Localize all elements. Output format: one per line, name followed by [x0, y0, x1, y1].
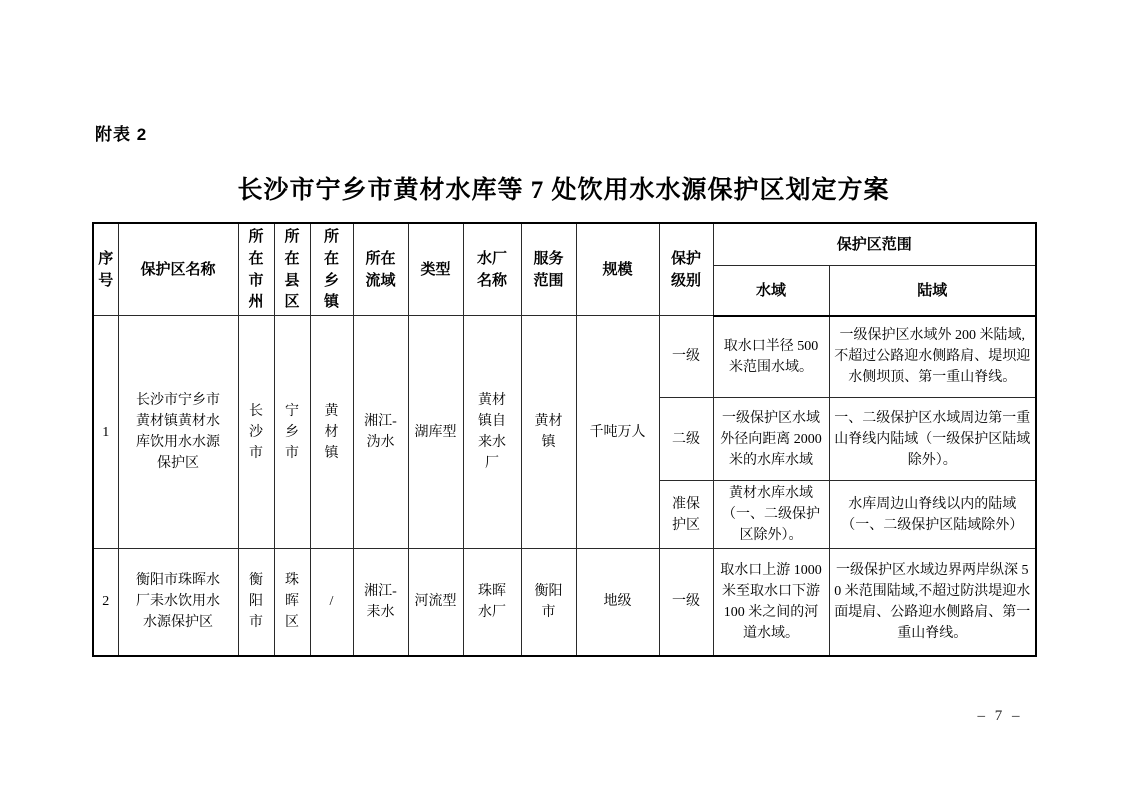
header-land: 陆域 [829, 266, 1036, 316]
water-range-text: 黄材水库水域（一、二级保护区除外）。 [718, 483, 825, 546]
header-seq-label: 序号 [96, 248, 115, 292]
level-value: 二级 [670, 429, 703, 450]
header-service-label: 服务范围 [531, 248, 566, 292]
cell-water: 取水口上游 1000 米至取水口下游 100 米之间的河道水域。 [713, 549, 829, 656]
water-range-text: 取水口上游 1000 米至取水口下游 100 米之间的河道水域。 [718, 560, 825, 644]
city-value: 衡阳市 [247, 570, 265, 633]
cell-basin: 湘江-耒水 [353, 549, 408, 656]
protection-area-name: 长沙市宁乡市黄材镇黄材水库饮用水水源保护区 [134, 390, 222, 474]
cell-land: 一级保护区水域边界两岸纵深 50 米范围陆域,不超过防洪堤迎水面堤肩、公路迎水侧… [829, 549, 1036, 656]
cell-water: 一级保护区水域外径向距离 2000 米的水库水域 [713, 398, 829, 481]
header-plant: 水厂名称 [463, 223, 521, 316]
town-value: / [323, 591, 341, 612]
service-value: 衡阳市 [532, 581, 565, 623]
cell-name: 长沙市宁乡市黄材镇黄材水库饮用水水源保护区 [118, 316, 238, 549]
cell-county: 宁乡市 [274, 316, 310, 549]
cell-town: 黄材镇 [310, 316, 353, 549]
header-county: 所在县区 [274, 223, 310, 316]
cell-level: 准保护区 [659, 481, 713, 549]
plant-value: 珠晖水厂 [476, 581, 509, 623]
header-land-label: 陆域 [917, 282, 947, 299]
header-range: 保护区范围 [713, 223, 1036, 266]
service-value: 黄材镇 [532, 411, 565, 453]
cell-land: 水库周边山脊线以内的陆域（一、二级保护区陆域除外） [829, 481, 1036, 549]
city-value: 长沙市 [247, 401, 265, 464]
cell-seq: 2 [93, 549, 118, 656]
cell-plant: 黄材镇自来水厂 [463, 316, 521, 549]
protection-area-table: 序号 保护区名称 所在市州 所在县区 所在乡镇 所在流域 类型 水厂名称 服务范… [92, 222, 1037, 657]
table-row-1-level-1: 1 长沙市宁乡市黄材镇黄材水库饮用水水源保护区 长沙市 宁乡市 黄材镇 湘江-沩… [93, 316, 1036, 398]
level-value: 一级 [670, 591, 703, 612]
level-value: 一级 [670, 346, 703, 367]
header-city-label: 所在市州 [247, 226, 266, 313]
level-value: 准保护区 [670, 494, 703, 536]
header-plant-label: 水厂名称 [474, 248, 509, 292]
header-scale: 规模 [576, 223, 659, 316]
header-name: 保护区名称 [118, 223, 238, 316]
cell-type: 河流型 [408, 549, 463, 656]
cell-county: 珠晖区 [274, 549, 310, 656]
header-type-label: 类型 [420, 261, 450, 278]
header-scale-label: 规模 [602, 261, 632, 278]
doc-label: 附表 2 [95, 120, 147, 145]
cell-scale: 千吨万人 [576, 316, 659, 549]
header-range-label: 保护区范围 [837, 236, 912, 253]
header-name-label: 保护区名称 [140, 261, 215, 278]
cell-scale: 地级 [576, 549, 659, 656]
header-type: 类型 [408, 223, 463, 316]
county-value: 珠晖区 [283, 570, 301, 633]
header-level-label: 保护级别 [668, 248, 703, 292]
cell-city: 长沙市 [238, 316, 274, 549]
land-range-text: 一级保护区水域边界两岸纵深 50 米范围陆域,不超过防洪堤迎水面堤肩、公路迎水侧… [834, 563, 1030, 641]
land-range-text: 水库周边山脊线以内的陆域（一、二级保护区陆域除外） [841, 497, 1023, 533]
cell-basin: 湘江-沩水 [353, 316, 408, 549]
page-number: – 7 – [960, 708, 1040, 725]
cell-town: / [310, 549, 353, 656]
header-town-label: 所在乡镇 [322, 226, 341, 313]
header-city: 所在市州 [238, 223, 274, 316]
cell-level: 一级 [659, 549, 713, 656]
header-water: 水域 [713, 266, 829, 316]
land-range-text: 一级保护区水域外 200 米陆域,不超过公路迎水侧路肩、堤坝迎水侧坝顶、第一重山… [834, 328, 1030, 385]
cell-plant: 珠晖水厂 [463, 549, 521, 656]
town-value: 黄材镇 [323, 401, 341, 464]
water-range-text: 一级保护区水域外径向距离 2000 米的水库水域 [718, 408, 825, 471]
plant-value: 黄材镇自来水厂 [476, 390, 509, 474]
table-row-2: 2 衡阳市珠晖水厂耒水饮用水水源保护区 衡阳市 珠晖区 / 湘江-耒水 河流型 … [93, 549, 1036, 656]
cell-land: 一级保护区水域外 200 米陆域,不超过公路迎水侧路肩、堤坝迎水侧坝顶、第一重山… [829, 316, 1036, 398]
header-water-label: 水域 [756, 282, 786, 299]
header-service: 服务范围 [521, 223, 576, 316]
header-seq: 序号 [93, 223, 118, 316]
doc-title: 长沙市宁乡市黄材水库等 7 处饮用水水源保护区划定方案 [92, 170, 1035, 206]
cell-seq: 1 [93, 316, 118, 549]
header-county-label: 所在县区 [283, 226, 302, 313]
basin-value: 湘江-沩水 [359, 411, 402, 453]
county-value: 宁乡市 [283, 401, 301, 464]
cell-level: 一级 [659, 316, 713, 398]
cell-level: 二级 [659, 398, 713, 481]
cell-service: 黄材镇 [521, 316, 576, 549]
header-row-1: 序号 保护区名称 所在市州 所在县区 所在乡镇 所在流域 类型 水厂名称 服务范… [93, 223, 1036, 266]
water-range-text: 取水口半径 500 米范围水域。 [718, 336, 825, 378]
header-level: 保护级别 [659, 223, 713, 316]
cell-water: 取水口半径 500 米范围水域。 [713, 316, 829, 398]
cell-name: 衡阳市珠晖水厂耒水饮用水水源保护区 [118, 549, 238, 656]
cell-city: 衡阳市 [238, 549, 274, 656]
land-range-text: 一、二级保护区水域周边第一重山脊线内陆域（一级保护区陆域除外）。 [834, 411, 1030, 468]
cell-type: 湖库型 [408, 316, 463, 549]
cell-land: 一、二级保护区水域周边第一重山脊线内陆域（一级保护区陆域除外）。 [829, 398, 1036, 481]
header-town: 所在乡镇 [310, 223, 353, 316]
protection-area-name: 衡阳市珠晖水厂耒水饮用水水源保护区 [134, 570, 222, 633]
cell-water: 黄材水库水域（一、二级保护区除外）。 [713, 481, 829, 549]
cell-service: 衡阳市 [521, 549, 576, 656]
header-basin: 所在流域 [353, 223, 408, 316]
basin-value: 湘江-耒水 [359, 581, 402, 623]
header-basin-label: 所在流域 [363, 248, 398, 292]
